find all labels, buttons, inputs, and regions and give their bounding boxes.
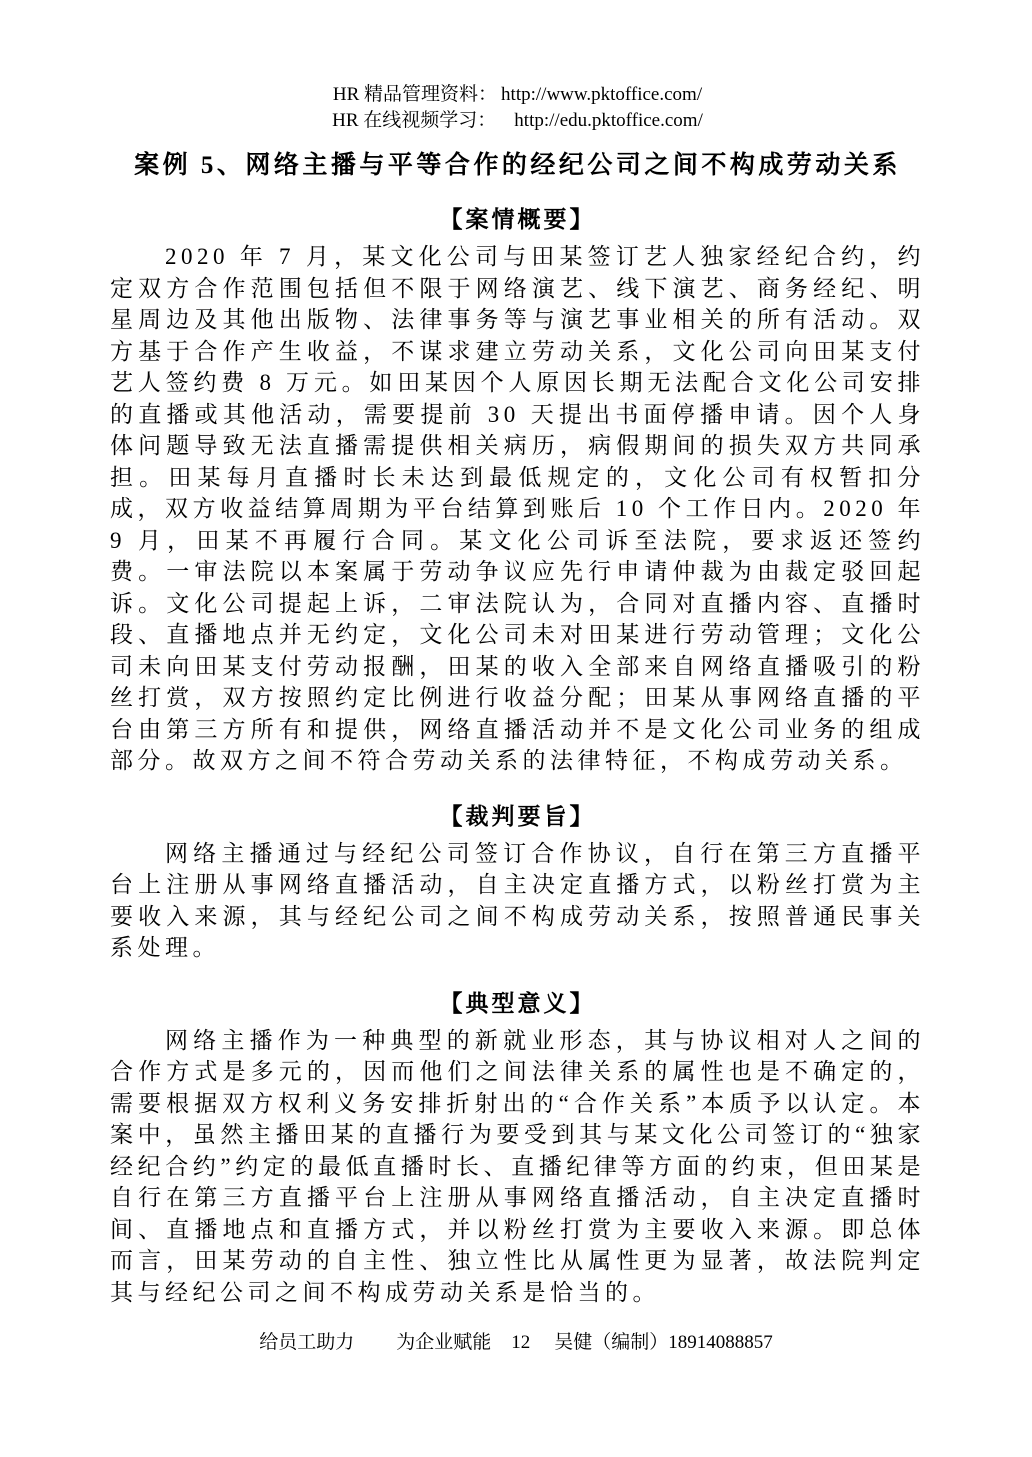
document-title: 案例 5、网络主播与平等合作的经纪公司之间不构成劳动关系 [110, 149, 925, 183]
section-heading-case-summary: 【案情概要】 [110, 204, 925, 236]
section-heading-judgment-gist: 【裁判要旨】 [110, 801, 925, 833]
footer-slogan-enterprise: 为企业赋能 [396, 1332, 491, 1353]
header-video-label: HR 在线视频学习： [332, 110, 496, 131]
footer-author-contact: 吴健（编制）18914088857 [554, 1332, 773, 1353]
typical-significance-paragraph: 网络主播作为一种典型的新就业形态，其与协议相对人之间的合作方式是多元的，因而他们… [110, 1025, 925, 1309]
header-resource-label: HR 精品管理资料： [333, 84, 497, 105]
case-summary-paragraph: 2020 年 7 月，某文化公司与田某签订艺人独家经纪合约，约定双方合作范围包括… [110, 241, 925, 777]
judgment-gist-paragraph: 网络主播通过与经纪公司签订合作协议，自行在第三方直播平台上注册从事网络直播活动，… [110, 838, 925, 964]
section-case-summary: 【案情概要】 2020 年 7 月，某文化公司与田某签订艺人独家经纪合约，约定双… [110, 204, 925, 777]
page-number: 12 [511, 1332, 530, 1353]
document-header: HR 精品管理资料：http://www.pktoffice.com/ HR 在… [110, 82, 925, 134]
header-resource-url[interactable]: http://www.pktoffice.com/ [501, 84, 702, 105]
section-typical-significance: 【典型意义】 网络主播作为一种典型的新就业形态，其与协议相对人之间的合作方式是多… [110, 988, 925, 1309]
header-video-url[interactable]: http://edu.pktoffice.com/ [514, 110, 703, 131]
section-heading-typical-significance: 【典型意义】 [110, 988, 925, 1020]
section-judgment-gist: 【裁判要旨】 网络主播通过与经纪公司签订合作协议，自行在第三方直播平台上注册从事… [110, 801, 925, 964]
header-line-1: HR 精品管理资料：http://www.pktoffice.com/ [110, 82, 925, 108]
document-page: HR 精品管理资料：http://www.pktoffice.com/ HR 在… [0, 0, 1032, 1457]
document-footer: 给员工助力为企业赋能12吴健（编制）18914088857 [0, 1330, 1032, 1356]
footer-slogan-employees: 给员工助力 [259, 1332, 354, 1353]
header-line-2: HR 在线视频学习：http://edu.pktoffice.com/ [110, 108, 925, 134]
